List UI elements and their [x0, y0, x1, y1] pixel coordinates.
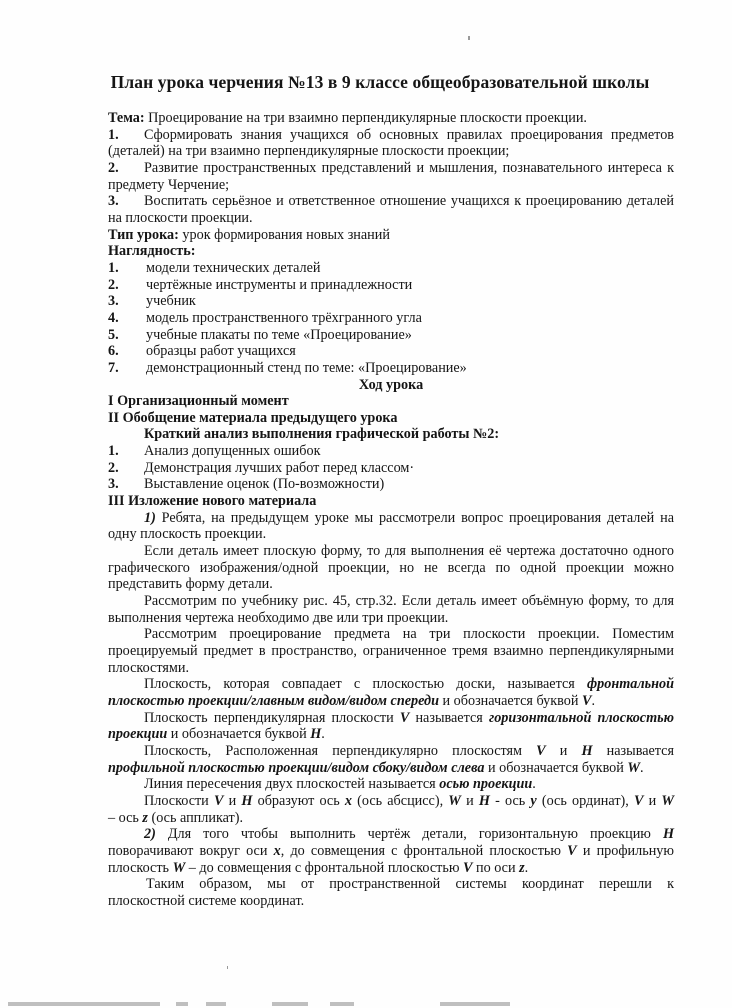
section-3-heading: III Изложение нового материала — [108, 493, 674, 510]
plane-symbol: V — [400, 710, 409, 726]
paragraph-6-line-2: проекции и обозначается буквой H. — [108, 726, 674, 743]
paragraph-3-line-2: выполнения чертежа необходимо две или тр… — [108, 610, 674, 627]
text-run: и — [461, 793, 479, 809]
visual-item: 2.чертёжные инструменты и принадлежности — [108, 277, 674, 294]
text-run: Плоскости — [144, 793, 214, 809]
axis-symbol: x — [274, 843, 281, 859]
item-number: 1. — [108, 443, 144, 460]
visual-item: 5.учебные плакаты по теме «Проецирование… — [108, 327, 674, 344]
text-run: по оси — [472, 860, 519, 876]
goal-text: Сформировать знания учащихся об основных… — [144, 127, 674, 143]
topic-text: Проецирование на три взаимно перпендикул… — [145, 110, 587, 126]
text-run: – ось — [108, 810, 142, 826]
plane-symbol: V — [567, 843, 576, 859]
axis-symbol: x — [345, 793, 352, 809]
analysis-item: 1.Анализ допущенных ошибок — [108, 443, 674, 460]
text-run: . — [532, 776, 536, 792]
text-run: Плоскость перпендикулярная плоскости — [144, 710, 400, 726]
paragraph-2-line-2: графического изображения/одной проекции,… — [108, 560, 674, 577]
paragraph-6-line-1: Плоскость перпендикулярная плоскости V н… — [108, 710, 674, 727]
plane-symbol: H — [663, 826, 674, 842]
text-run: . — [525, 860, 529, 876]
item-number: 4. — [108, 310, 146, 327]
item-text: учебные плакаты по теме «Проецирование» — [146, 327, 412, 343]
scan-edge-artifact — [206, 1002, 226, 1006]
paragraph-2-line-1: Если деталь имеет плоскую форму, то для … — [108, 543, 674, 560]
lesson-type-text: урок формирования новых знаний — [179, 227, 390, 243]
plane-symbol: H — [581, 743, 592, 759]
paragraph-10-line-3: плоскость W – до совмещения с фронтально… — [108, 860, 674, 877]
visuals-heading: Наглядность: — [108, 243, 674, 260]
text-run: и обозначается буквой — [167, 726, 310, 742]
analysis-item: 3.Выставление оценок (По-возможности) — [108, 476, 674, 493]
item-number: 3. — [108, 293, 146, 310]
section-1-heading: I Организационный момент — [108, 393, 674, 410]
paragraph-4-line-3: плоскостями. — [108, 660, 674, 677]
text-run: . — [321, 726, 325, 742]
item-number: 2. — [108, 460, 144, 477]
paragraph-5-line-1: Плоскость, которая совпадает с плоскость… — [108, 676, 674, 693]
item-text: Анализ допущенных ошибок — [144, 443, 320, 459]
scan-edge-artifact — [440, 1002, 510, 1006]
goal-number: 2. — [108, 160, 144, 177]
text-run: и профильную — [577, 843, 674, 859]
text-run: Для того чтобы выполнить чертёж детали, … — [156, 826, 663, 842]
text-run: поворачивают вокруг оси — [108, 843, 274, 859]
item-text: Демонстрация лучших работ перед классом· — [144, 460, 414, 476]
emphasis: горизонтальной плоскостью — [489, 710, 674, 726]
goal-3-line-1: 3.Воспитать серьёзное и ответственное от… — [108, 193, 674, 210]
item-number: 5. — [108, 327, 146, 344]
emphasis: осью проекции — [439, 776, 532, 792]
scan-edge-artifact — [176, 1002, 188, 1006]
plane-symbol: W — [173, 860, 186, 876]
scan-edge-artifact — [8, 1002, 160, 1006]
scanned-page: План урока черчения №13 в 9 классе общео… — [0, 0, 732, 1008]
text-run: Плоскость, которая совпадает с плоскость… — [144, 676, 587, 692]
text-run: . — [640, 760, 644, 776]
text-run: образуют ось — [252, 793, 344, 809]
paragraph-number: 2) — [144, 826, 156, 842]
text-run: и обозначается буквой — [439, 693, 582, 709]
plane-symbol: H — [310, 726, 321, 742]
analysis-item: 2.Демонстрация лучших работ перед классо… — [108, 460, 674, 477]
text-run: называется — [593, 743, 674, 759]
item-text: Выставление оценок (По-возможности) — [144, 476, 384, 492]
visual-item: 4.модель пространственного трёхгранного … — [108, 310, 674, 327]
visual-item: 7.демонстрационный стенд по теме: «Проец… — [108, 360, 674, 377]
text-run: плоскость — [108, 860, 173, 876]
visual-item: 3.учебник — [108, 293, 674, 310]
plane-symbol: V — [536, 743, 545, 759]
goal-1-line-2: (деталей) на три взаимно перпендикулярны… — [108, 143, 674, 160]
paragraph-3-line-1: Рассмотрим по учебнику рис. 45, стр.32. … — [108, 593, 674, 610]
visual-item: 6.образцы работ учащихся — [108, 343, 674, 360]
emphasis: плоскостью проекции/главным видом/видом … — [108, 693, 439, 709]
plane-symbol: V — [214, 793, 223, 809]
lesson-type-line: Тип урока: урок формирования новых знани… — [108, 227, 674, 244]
text-run: . — [591, 693, 595, 709]
lesson-type-label: Тип урока: — [108, 227, 179, 243]
paragraph-7-line-2: профильной плоскостью проекции/видом сбо… — [108, 760, 674, 777]
item-number: 6. — [108, 343, 146, 360]
paragraph-number: 1) — [144, 510, 156, 526]
plane-symbol: H — [241, 793, 252, 809]
goal-2-line-2: предмету Черчение; — [108, 177, 674, 194]
plane-symbol: W — [627, 760, 640, 776]
paragraph-7-line-1: Плоскость, Расположенная перпендикулярно… — [108, 743, 674, 760]
emphasis: проекции — [108, 726, 167, 742]
item-text: модель пространственного трёхгранного уг… — [146, 310, 422, 326]
paragraph-8: Линия пересечения двух плоскостей называ… — [108, 776, 674, 793]
text-run: и — [643, 793, 661, 809]
plane-symbol: W — [448, 793, 461, 809]
paragraph-4-line-2: проецируемый предмет в пространство, огр… — [108, 643, 674, 660]
analysis-subheading: Краткий анализ выполнения графической ра… — [108, 426, 674, 443]
goal-2-line-1: 2.Развитие пространственных представлени… — [108, 160, 674, 177]
goal-number: 1. — [108, 127, 144, 144]
goal-text: Развитие пространственных представлений … — [144, 160, 674, 176]
item-text: демонстрационный стенд по теме: «Проецир… — [146, 360, 467, 376]
goal-3-line-2: на плоскости проекции. — [108, 210, 674, 227]
goal-1-line-1: 1.Сформировать знания учащихся об основн… — [108, 127, 674, 144]
visual-item: 1.модели технических деталей — [108, 260, 674, 277]
scan-speck — [227, 966, 228, 969]
topic-line: Тема: Проецирование на три взаимно перпе… — [108, 110, 674, 127]
item-text: образцы работ учащихся — [146, 343, 296, 359]
paragraph-1-line-2: одну плоскость проекции. — [108, 526, 674, 543]
paragraph-5-line-2: плоскостью проекции/главным видом/видом … — [108, 693, 674, 710]
paragraph-1-line-1: 1) Ребята, на предыдущем уроке мы рассмо… — [108, 510, 674, 527]
item-number: 1. — [108, 260, 146, 277]
emphasis: фронтальной — [587, 676, 674, 692]
paragraph-2-line-3: представить форму детали. — [108, 576, 674, 593]
text-run: (ось аппликат). — [148, 810, 243, 826]
text-run: , до совмещения с фронтальной плоскостью — [281, 843, 567, 859]
paragraph-9-line-1: Плоскости V и H образуют ось x (ось абсц… — [108, 793, 674, 810]
text-run: Плоскость, Расположенная перпендикулярно… — [144, 743, 536, 759]
text-run: (ось ординат), — [537, 793, 634, 809]
item-text: чертёжные инструменты и принадлежности — [146, 277, 412, 293]
text-run: – до совмещения с фронтальной плоскостью — [185, 860, 463, 876]
paragraph-4-line-1: Рассмотрим проецирование предмета на три… — [108, 626, 674, 643]
text-run: (ось абсцисс), — [352, 793, 448, 809]
text-run: и — [546, 743, 582, 759]
item-text: модели технических деталей — [146, 260, 320, 276]
paragraph-11-line-2: плоскостной системе координат. — [108, 893, 674, 910]
plane-symbol: W — [661, 793, 674, 809]
text-run: Ребята, на предыдущем уроке мы рассмотре… — [156, 510, 674, 526]
document-body: Тема: Проецирование на три взаимно перпе… — [108, 110, 674, 910]
item-number: 3. — [108, 476, 144, 493]
item-number: 7. — [108, 360, 146, 377]
topic-label: Тема: — [108, 110, 145, 126]
goal-text: Воспитать серьёзное и ответственное отно… — [144, 193, 674, 209]
paragraph-11-line-1: Таким образом, мы от пространственной си… — [108, 876, 674, 893]
course-heading: Ход урока — [108, 377, 674, 394]
scan-edge-artifact — [272, 1002, 308, 1006]
plane-symbol: H — [479, 793, 490, 809]
paragraph-10-line-2: поворачивают вокруг оси x, до совмещения… — [108, 843, 674, 860]
item-number: 2. — [108, 277, 146, 294]
text-run: и обозначается буквой — [484, 760, 627, 776]
text-run: и — [223, 793, 241, 809]
item-text: учебник — [146, 293, 196, 309]
page-title: План урока черчения №13 в 9 классе общео… — [100, 72, 660, 93]
paragraph-10-line-1: 2) Для того чтобы выполнить чертёж детал… — [108, 826, 674, 843]
emphasis: профильной плоскостью проекции/видом сбо… — [108, 760, 484, 776]
scan-edge-artifact — [330, 1002, 354, 1006]
section-2-heading: II Обобщение материала предыдущего урока — [108, 410, 674, 427]
text-run: - ось — [490, 793, 530, 809]
paragraph-9-line-2: – ось z (ось аппликат). — [108, 810, 674, 827]
text-run: Линия пересечения двух плоскостей называ… — [144, 776, 439, 792]
scan-speck — [468, 36, 470, 40]
goal-number: 3. — [108, 193, 144, 210]
text-run: называется — [409, 710, 489, 726]
